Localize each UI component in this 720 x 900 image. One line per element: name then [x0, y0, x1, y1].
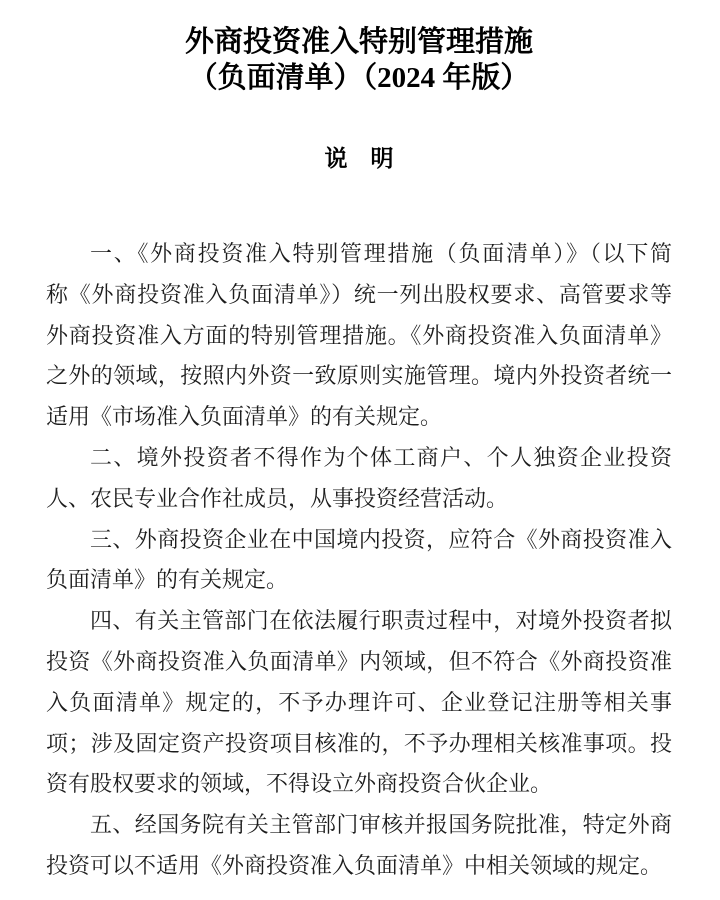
document-body: 一、《外商投资准入特别管理措施（负面清单）》（以下简称《外商投资准入负面清单》）… [46, 234, 672, 887]
paragraph-line: 一、《外商投资准入特别管理措施（负面清单）》（以下简 [46, 234, 672, 275]
paragraph-line: 外商投资准入方面的特别管理措施。《外商投资准入负面清单》 [46, 316, 672, 357]
paragraph-line: 负面清单》的有关规定。 [46, 560, 672, 601]
paragraph-line: 称《外商投资准入负面清单》）统一列出股权要求、高管要求等 [46, 275, 672, 316]
paragraph: 二、境外投资者不得作为个体工商户、个人独资企业投资人、农民专业合作社成员，从事投… [46, 438, 672, 520]
paragraph: 四、有关主管部门在依法履行职责过程中，对境外投资者拟投资《外商投资准入负面清单》… [46, 601, 672, 805]
paragraph-line: 四、有关主管部门在依法履行职责过程中，对境外投资者拟 [46, 601, 672, 642]
paragraph: 一、《外商投资准入特别管理措施（负面清单）》（以下简称《外商投资准入负面清单》）… [46, 234, 672, 438]
paragraph-line: 人、农民专业合作社成员，从事投资经营活动。 [46, 479, 672, 520]
paragraph: 五、经国务院有关主管部门审核并报国务院批准，特定外商投资可以不适用《外商投资准入… [46, 805, 672, 887]
paragraph: 三、外商投资企业在中国境内投资，应符合《外商投资准入负面清单》的有关规定。 [46, 520, 672, 602]
section-heading: 说 明 [46, 144, 672, 172]
paragraph-line: 投资《外商投资准入负面清单》内领域，但不符合《外商投资准 [46, 642, 672, 683]
paragraph-line: 入负面清单》规定的，不予办理许可、企业登记注册等相关事 [46, 683, 672, 724]
document-title: 外商投资准入特别管理措施 （负面清单）（2024 年版） [46, 24, 672, 96]
paragraph-line: 三、外商投资企业在中国境内投资，应符合《外商投资准入 [46, 520, 672, 561]
document-title-line2: （负面清单）（2024 年版） [46, 60, 672, 96]
paragraph-line: 项；涉及固定资产投资项目核准的，不予办理相关核准事项。投 [46, 724, 672, 765]
paragraph-line: 二、境外投资者不得作为个体工商户、个人独资企业投资 [46, 438, 672, 479]
paragraph-line: 资有股权要求的领域，不得设立外商投资合伙企业。 [46, 764, 672, 805]
paragraph-line: 之外的领域，按照内外资一致原则实施管理。境内外投资者统一 [46, 356, 672, 397]
paragraph-line: 适用《市场准入负面清单》的有关规定。 [46, 397, 672, 438]
document-title-line1: 外商投资准入特别管理措施 [46, 24, 672, 60]
paragraph-line: 投资可以不适用《外商投资准入负面清单》中相关领域的规定。 [46, 846, 672, 887]
document-page: 外商投资准入特别管理措施 （负面清单）（2024 年版） 说 明 一、《外商投资… [0, 0, 720, 900]
paragraph-line: 五、经国务院有关主管部门审核并报国务院批准，特定外商 [46, 805, 672, 846]
